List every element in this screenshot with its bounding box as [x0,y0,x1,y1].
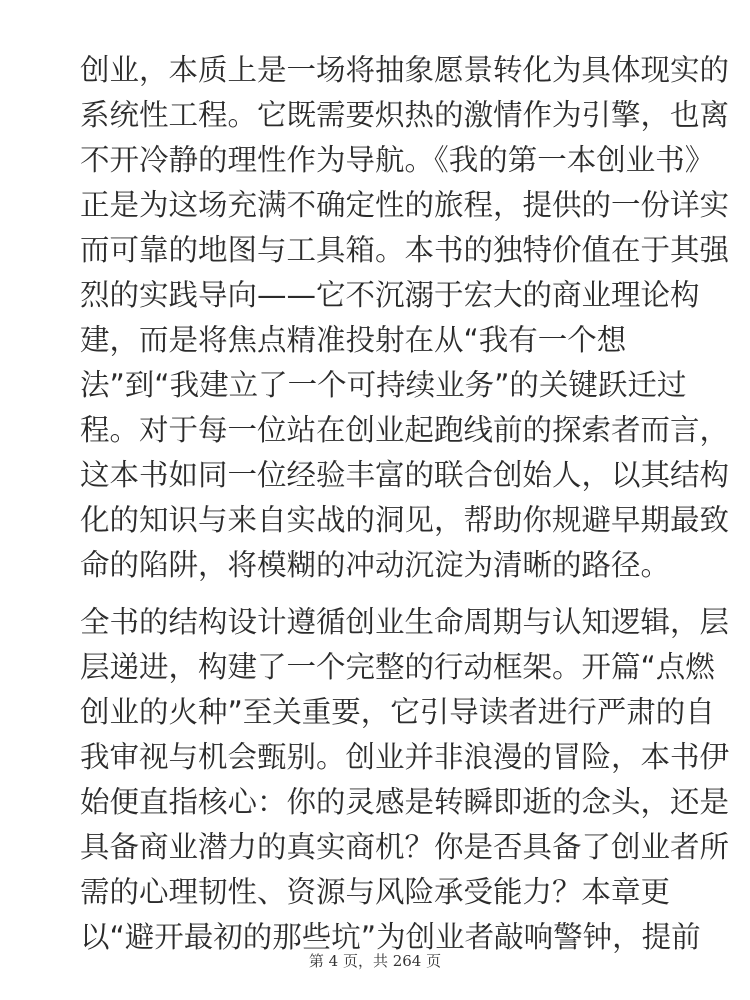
text-line: 烈的实践导向——它不沉溺于宏大的商业理论构 [80,273,680,318]
text-line: 正是为这场充满不确定性的旅程，提供的一份详实 [80,183,680,228]
text-line: 不开冷静的理性作为导航。《我的第一本创业书》 [80,138,680,183]
text-line: 化的知识与来自实战的洞见，帮助你规避早期最致 [80,498,680,543]
paragraph-2: 全书的结构设计遵循创业生命周期与认知逻辑，层 层递进，构建了一个完整的行动框架。… [80,600,680,960]
text-line: 我审视与机会甄别。创业并非浪漫的冒险，本书伊 [80,735,680,780]
text-line: 创业的火种”至关重要，它引导读者进行严肃的自 [80,690,680,735]
text-line: 命的陷阱，将模糊的冲动沉淀为清晰的路径。 [80,543,680,588]
text-line: 建，而是将焦点精准投射在从“我有一个想 [80,318,680,363]
text-line: 需的心理韧性、资源与风险承受能力？本章更 [80,870,680,915]
text-line: 这本书如同一位经验丰富的联合创始人，以其结构 [80,453,680,498]
paragraph-1: 创业，本质上是一场将抽象愿景转化为具体现实的 系统性工程。它既需要炽热的激情作为… [80,48,680,588]
text-line: 而可靠的地图与工具箱。本书的独特价值在于其强 [80,228,680,273]
text-line: 全书的结构设计遵循创业生命周期与认知逻辑，层 [80,600,680,645]
text-line: 法”到“我建立了一个可持续业务”的关键跃迁过 [80,363,680,408]
text-line: 程。对于每一位站在创业起跑线前的探索者而言， [80,408,680,453]
text-line: 创业，本质上是一场将抽象愿景转化为具体现实的 [80,48,680,93]
text-line: 系统性工程。它既需要炽热的激情作为引擎，也离 [80,93,680,138]
text-line: 始便直指核心：你的灵感是转瞬即逝的念头，还是 [80,780,680,825]
page-number-footer: 第 4 页，共 264 页 [0,950,750,971]
document-page: 创业，本质上是一场将抽象愿景转化为具体现实的 系统性工程。它既需要炽热的激情作为… [80,48,680,960]
text-line: 层递进，构建了一个完整的行动框架。开篇“点燃 [80,645,680,690]
text-line: 具备商业潜力的真实商机？你是否具备了创业者所 [80,825,680,870]
